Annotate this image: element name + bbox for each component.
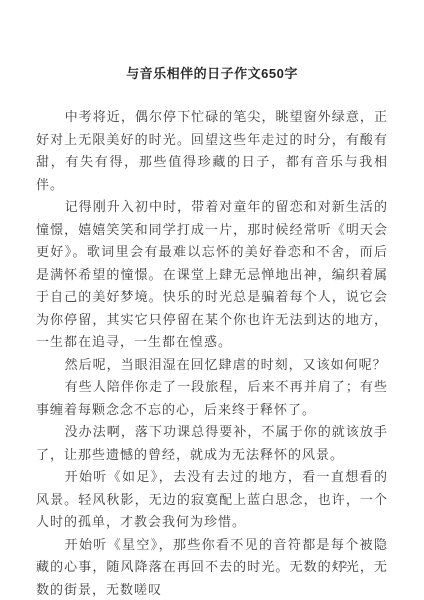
essay-paragraph: 没办法啊，落下功课总得要补，不属于你的就该放手了，让那些遗憾的曾经，就成为无法释… [36, 421, 388, 466]
essay-paragraph: 开始听《如足》，去没有去过的地方，看一直想看的风景。轻风秋影，无边的寂寞配上蓝白… [36, 466, 388, 534]
essay-paragraph: 有些人陪伴你走了一段旅程，后来不再并肩了；有些事缠着每颗念念不忘的心，后来终于释… [36, 376, 388, 421]
page-number: 1/2 [332, 560, 348, 570]
document-page: 与音乐相伴的日子作文650字 中考将近，偶尔停下忙碌的笔尖，眺望窗外绿意，正好对… [0, 0, 424, 600]
essay-paragraph: 中考将近，偶尔停下忙碌的笔尖，眺望窗外绿意，正好对上无限美好的时光。回望这些年走… [36, 106, 388, 196]
essay-body: 中考将近，偶尔停下忙碌的笔尖，眺望窗外绿意，正好对上无限美好的时光。回望这些年走… [36, 106, 388, 600]
essay-title: 与音乐相伴的日子作文650字 [0, 0, 424, 82]
essay-paragraph: 记得刚升入初中时，带着对童年的留恋和对新生活的憧憬，嬉嬉笑笑和同学打成一片，那时… [36, 196, 388, 354]
essay-paragraph: 然后呢，当眼泪湿在回忆肆虐的时刻，又该如何呢？ [36, 354, 388, 377]
